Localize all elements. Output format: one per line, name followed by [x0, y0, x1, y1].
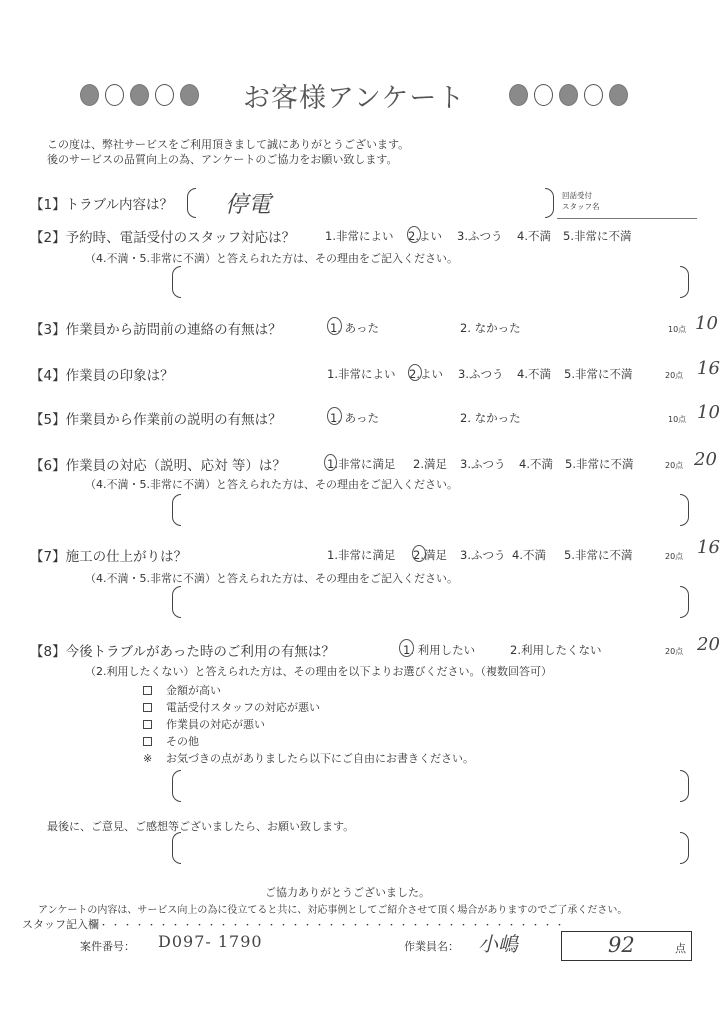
q3-option-2[interactable]: 2. なかった [460, 320, 521, 336]
open-dot-icon [584, 84, 603, 106]
q2-reason-open-bracket [172, 266, 181, 298]
q7-score[interactable]: 16 [697, 537, 720, 558]
q8-reason-label: 金額が高い [166, 684, 221, 697]
checkbox-icon[interactable] [143, 737, 152, 746]
q8-note-close-bracket [680, 770, 689, 802]
filled-dot-icon [180, 84, 199, 106]
filled-dot-icon [80, 84, 99, 106]
reception-staff-label: 回話受付 スタッフ名 [562, 190, 600, 212]
q6-option-4[interactable]: 4.不満 [519, 456, 553, 472]
q7-option-3[interactable]: 3.ふつう [460, 547, 505, 563]
q1-answer[interactable]: 停電 [225, 186, 271, 219]
header-dots-right [509, 84, 628, 106]
q6-reason-field[interactable] [185, 494, 675, 526]
q5-points-label: 10点 [668, 414, 686, 425]
closing-close-bracket [680, 832, 689, 864]
q8-label: 【8】今後トラブルがあった時のご利用の有無は？ [30, 640, 335, 660]
intro-line-2: 後のサービスの品質向上の為、アンケートのご協力をお願い致します。 [47, 152, 409, 167]
q8-points-label: 20点 [665, 646, 683, 657]
q6-option-5[interactable]: 5.非常に不満 [565, 456, 633, 472]
q4-points-label: 20点 [665, 370, 683, 381]
q5-label: 【5】作業員から作業前の説明の有無は？ [30, 408, 282, 428]
q4-option-3[interactable]: 3.ふつう [458, 366, 503, 382]
q8-note-text: お気づきの点がありましたら以下にご自由にお書きください。 [166, 752, 474, 765]
open-dot-icon [105, 84, 124, 106]
worker-name-value[interactable]: 小嶋 [478, 928, 518, 957]
disclaimer-text: アンケートの内容は、サービス向上の為に役立てると共に、対応事例としてご紹介させて… [38, 901, 627, 916]
filled-dot-icon [559, 84, 578, 106]
q2-label: 【2】予約時、電話受付のスタッフ対応は？ [30, 226, 295, 246]
reception-label-line-1: 回話受付 [562, 190, 600, 201]
q8-selected-circle [399, 639, 414, 657]
q7-option-5[interactable]: 5.非常に不満 [564, 547, 632, 563]
q6-option-1[interactable]: 1.非常に満足 [327, 456, 395, 472]
q7-reason-open-bracket [172, 586, 181, 618]
q7-selected-circle [412, 545, 426, 562]
q2-selected-circle [407, 226, 421, 243]
q4-option-1[interactable]: 1.非常によい [327, 366, 395, 382]
checkbox-icon[interactable] [143, 720, 152, 729]
filled-dot-icon [509, 84, 528, 106]
reception-label-line-2: スタッフ名 [562, 201, 600, 212]
q6-reason-prompt: （4.不満・5.非常に不満）と答えられた方は、その理由をご記入ください。 [85, 476, 458, 492]
q8-note-field[interactable] [185, 770, 675, 802]
q8-option-1[interactable]: 1. 利用したい [403, 642, 475, 658]
q6-reason-open-bracket [172, 494, 181, 526]
q8-note-open-bracket [172, 770, 181, 802]
closing-comment-field[interactable] [185, 832, 675, 864]
reception-staff-underline [557, 218, 697, 219]
q8-reason-item[interactable]: その他 [143, 733, 474, 750]
q3-score[interactable]: 10 [695, 313, 718, 334]
q1-close-bracket [545, 188, 554, 218]
q6-selected-circle [324, 454, 337, 471]
header-dots-left [80, 84, 199, 106]
q8-reason-item[interactable]: 金額が高い [143, 682, 474, 699]
q5-selected-circle [327, 407, 342, 425]
q7-label: 【7】施工の仕上がりは？ [30, 545, 187, 565]
case-number-label: 案件番号： [80, 938, 135, 954]
intro-text: この度は、弊社サービスをご利用頂きまして誠にありがとうございます。 後のサービス… [47, 137, 409, 167]
q8-reason-item[interactable]: 作業員の対応が悪い [143, 716, 474, 733]
q4-score[interactable]: 16 [697, 358, 720, 379]
q6-option-2[interactable]: 2.満足 [413, 456, 447, 472]
open-dot-icon [534, 84, 553, 106]
q7-option-4[interactable]: 4.不満 [512, 547, 546, 563]
q8-reason-label: 作業員の対応が悪い [166, 718, 265, 731]
closing-open-bracket [172, 832, 181, 864]
q4-option-5[interactable]: 5.非常に不満 [564, 366, 632, 382]
q3-selected-circle [327, 317, 342, 335]
q6-reason-close-bracket [680, 494, 689, 526]
q8-reason-list: 金額が高い 電話受付スタッフの対応が悪い 作業員の対応が悪い その他 ※お気づき… [143, 682, 474, 767]
q2-option-4[interactable]: 4.不満 [517, 228, 551, 244]
q5-score[interactable]: 10 [697, 402, 720, 423]
q4-option-4[interactable]: 4.不満 [517, 366, 551, 382]
q1-label: 【1】トラブル内容は？ [30, 193, 173, 213]
q8-reason-prompt: （2.利用したくない）と答えられた方は、その理由を以下よりお選びください。（複数… [85, 663, 552, 679]
q6-points-label: 20点 [665, 460, 683, 471]
filled-dot-icon [609, 84, 628, 106]
q7-reason-close-bracket [680, 586, 689, 618]
total-score-value[interactable]: 92 [608, 933, 635, 957]
page-title: お客様アンケート [243, 76, 465, 115]
q5-option-2[interactable]: 2. なかった [460, 410, 521, 426]
total-score-unit: 点 [675, 940, 686, 956]
q6-score[interactable]: 20 [694, 449, 717, 470]
q4-selected-circle [408, 364, 422, 381]
thanks-text: ご協力ありがとうございました。 [265, 884, 430, 900]
q2-option-3[interactable]: 3.ふつう [457, 228, 502, 244]
q3-points-label: 10点 [668, 324, 686, 335]
q6-label: 【6】作業員の対応（説明、応対 等）は？ [30, 454, 286, 474]
filled-dot-icon [130, 84, 149, 106]
q8-note-row: ※お気づきの点がありましたら以下にご自由にお書きください。 [143, 750, 474, 767]
q7-points-label: 20点 [665, 551, 683, 562]
checkbox-icon[interactable] [143, 686, 152, 695]
q7-option-1[interactable]: 1.非常に満足 [327, 547, 395, 563]
q2-option-5[interactable]: 5.非常に不満 [563, 228, 631, 244]
note-mark-icon: ※ [143, 752, 166, 765]
open-dot-icon [155, 84, 174, 106]
q8-reason-label: その他 [166, 735, 199, 748]
q7-reason-field[interactable] [185, 586, 675, 618]
worker-name-label: 作業員名： [404, 938, 459, 954]
q8-reason-item[interactable]: 電話受付スタッフの対応が悪い [143, 699, 474, 716]
q2-option-1[interactable]: 1.非常によい [325, 228, 393, 244]
q1-open-bracket [187, 188, 196, 218]
q3-label: 【3】作業員から訪問前の連絡の有無は？ [30, 318, 282, 338]
q8-reason-label: 電話受付スタッフの対応が悪い [166, 701, 320, 714]
q7-reason-prompt: （4.不満・5.非常に不満）と答えられた方は、その理由をご記入ください。 [85, 570, 458, 586]
case-number-value[interactable]: D097- 1790 [158, 932, 263, 951]
q2-reason-field[interactable] [185, 266, 675, 298]
q2-reason-close-bracket [680, 266, 689, 298]
q6-option-3[interactable]: 3.ふつう [460, 456, 505, 472]
staff-section-label: スタッフ記入欄 [22, 918, 99, 931]
q4-label: 【4】作業員の印象は？ [30, 364, 174, 384]
q2-reason-prompt: （4.不満・5.非常に不満）と答えられた方は、その理由をご記入ください。 [85, 250, 458, 266]
intro-line-1: この度は、弊社サービスをご利用頂きまして誠にありがとうございます。 [47, 137, 409, 152]
q8-score[interactable]: 20 [697, 634, 720, 655]
checkbox-icon[interactable] [143, 703, 152, 712]
q8-option-2[interactable]: 2.利用したくない [510, 642, 601, 658]
total-score-box[interactable]: 92 点 [561, 931, 692, 961]
